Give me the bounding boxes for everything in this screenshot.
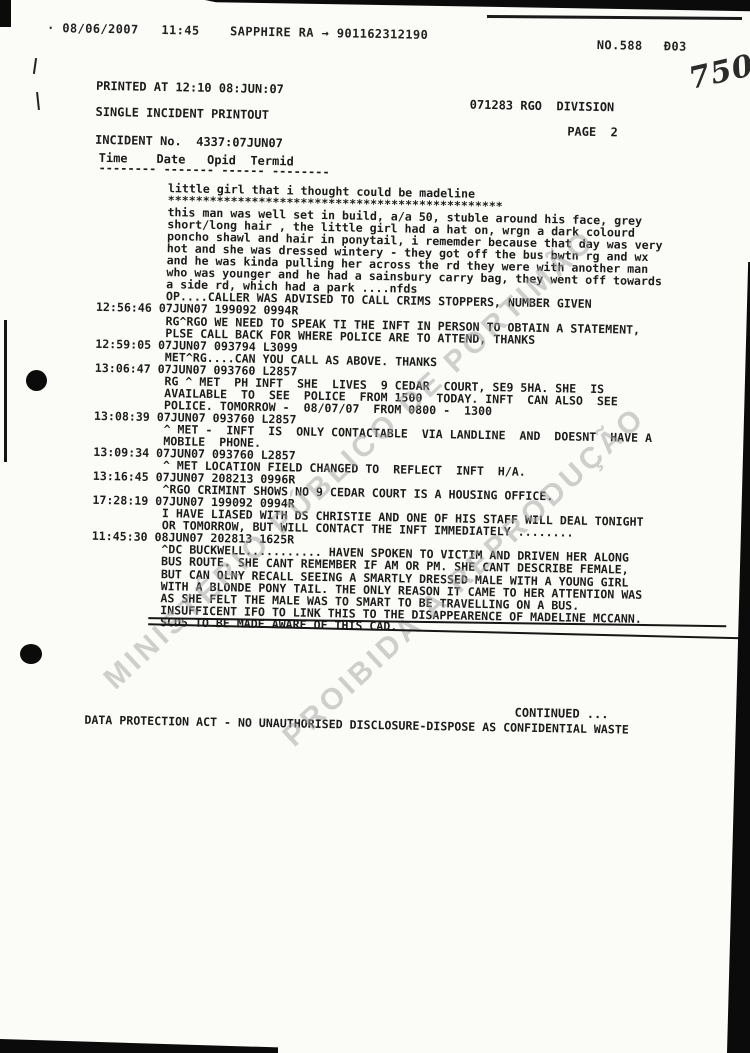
continued-label: CONTINUED ... bbox=[514, 706, 608, 722]
division-line: 071283 RGO DIVISION bbox=[470, 98, 615, 115]
fax-header-page-no: NO.588 bbox=[597, 38, 643, 53]
scan-artifact-left-line bbox=[4, 320, 7, 462]
incident-number: INCIDENT No. 4337:07JUN07 bbox=[95, 133, 283, 150]
page-number: PAGE 2 bbox=[567, 124, 618, 139]
printed-at-line: PRINTED AT 12:10 08:JUN:07 bbox=[96, 79, 284, 96]
handwritten-page-number: 7501 bbox=[686, 43, 750, 97]
column-headers-underline: -------- ------- ------ -------- bbox=[98, 161, 329, 179]
hole-punch-top bbox=[26, 370, 47, 391]
scanned-document: MINISTÉRIO PÚBLICO DE PORTIMÃO PROIBIDA … bbox=[0, 0, 750, 1053]
fax-header-left: · 08/06/2007 11:45 SAPPHIRE RA → 9011623… bbox=[47, 21, 428, 42]
scan-artifact-topleft-block bbox=[0, 0, 11, 27]
fax-header-code: Ð03 bbox=[664, 39, 687, 53]
document-title: SINGLE INCIDENT PRINTOUT bbox=[95, 105, 269, 122]
hole-punch-bottom bbox=[20, 644, 42, 664]
